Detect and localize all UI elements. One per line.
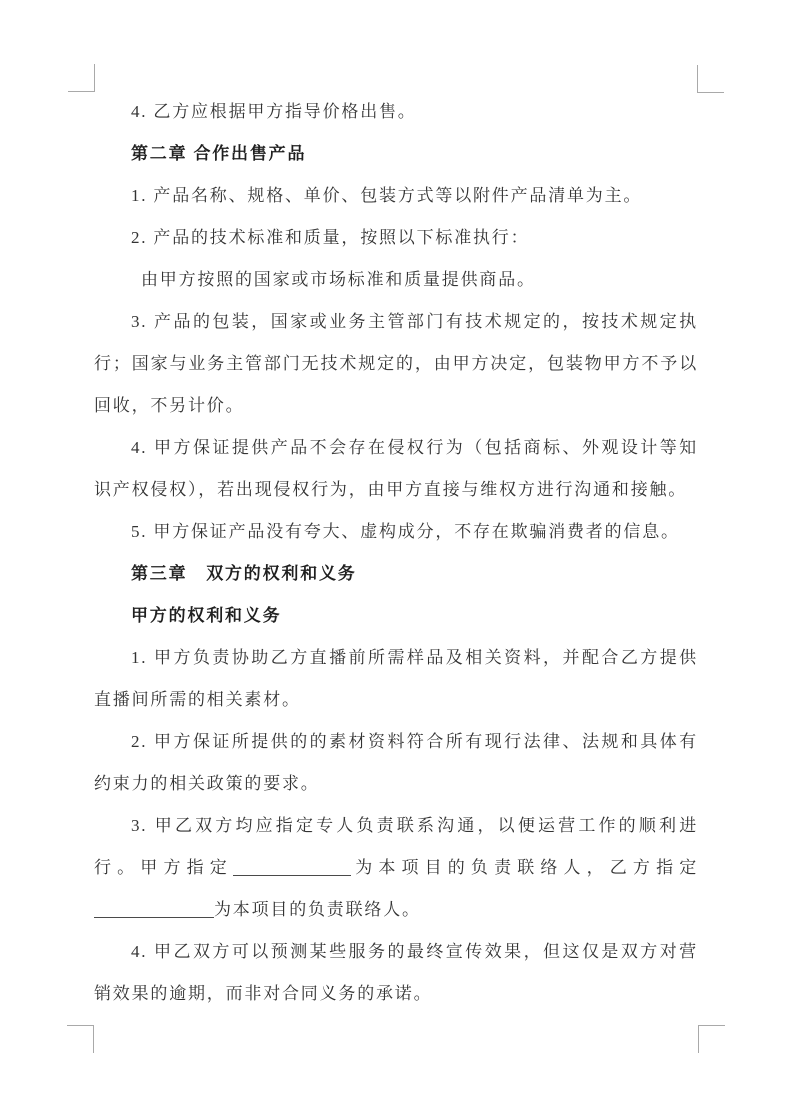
clause-product-list: 1. 产品名称、规格、单价、包装方式等以附件产品清单为主。 — [94, 175, 698, 217]
margin-crop-mark-bottom-left — [67, 1025, 94, 1053]
clause-ip-guarantee: 4. 甲方保证提供产品不会存在侵权行为（包括商标、外观设计等知识产权侵权），若出… — [94, 427, 698, 511]
chapter-2-heading: 第二章 合作出售产品 — [94, 133, 698, 175]
clause-standards-detail: 由甲方按照的国家或市场标准和质量提供商品。 — [94, 259, 698, 301]
document-page: 4. 乙方应根据甲方指导价格出售。 第二章 合作出售产品 1. 产品名称、规格、… — [0, 0, 792, 1098]
clause-marketing-expectation: 4. 甲乙双方可以预测某些服务的最终宣传效果，但这仅是双方对营销效果的逾期，而非… — [94, 931, 698, 1015]
party-b-contact-blank — [94, 900, 214, 918]
clause-packaging: 3. 产品的包装，国家或业务主管部门有技术规定的，按技术规定执行；国家与业务主管… — [94, 301, 698, 427]
contact-clause-tail: 为本项目的负责联络人。 — [214, 900, 421, 919]
contact-clause-party-a-prefix: 甲方指定 — [140, 858, 233, 877]
clause-price-guidance: 4. 乙方应根据甲方指导价格出售。 — [94, 91, 698, 133]
clause-materials-compliance: 2. 甲方保证所提供的的素材资料符合所有现行法律、法规和具体有约束力的相关政策的… — [94, 721, 698, 805]
party-a-rights-subheading: 甲方的权利和义务 — [94, 595, 698, 637]
margin-crop-mark-top-left — [68, 64, 95, 92]
chapter-3-heading: 第三章 双方的权利和义务 — [94, 553, 698, 595]
clause-samples-materials: 1. 甲方负责协助乙方直播前所需样品及相关资料，并配合乙方提供直播间所需的相关素… — [94, 637, 698, 721]
contract-body: 4. 乙方应根据甲方指导价格出售。 第二章 合作出售产品 1. 产品名称、规格、… — [94, 91, 698, 1015]
clause-contact-persons: 3. 甲乙双方均应指定专人负责联系沟通，以便运营工作的顺利进行。甲方指定为本项目… — [94, 805, 698, 931]
margin-crop-mark-bottom-right — [698, 1025, 725, 1053]
clause-standards-intro: 2. 产品的技术标准和质量，按照以下标准执行： — [94, 217, 698, 259]
margin-crop-mark-top-right — [697, 65, 724, 93]
party-a-contact-blank — [233, 858, 351, 876]
contact-clause-mid: 为本项目的负责联络人，乙方指定 — [351, 858, 698, 877]
clause-no-exaggeration: 5. 甲方保证产品没有夸大、虚构成分，不存在欺骗消费者的信息。 — [94, 511, 698, 553]
